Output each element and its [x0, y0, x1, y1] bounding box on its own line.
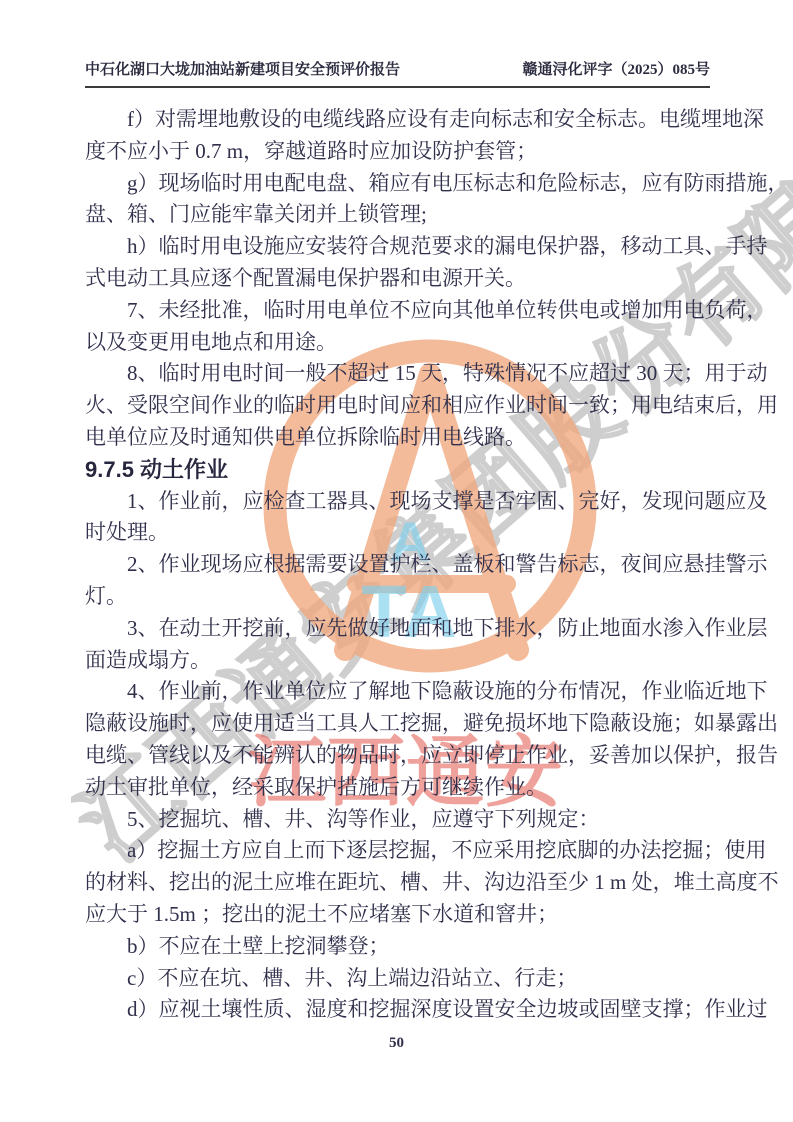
body-line: 隐蔽设施时，应使用适当工具人工挖掘，避免损坏地下隐蔽设施；如暴露出	[85, 708, 725, 740]
body-line: 动土审批单位，经采取保护措施后方可继续作业。	[85, 772, 725, 804]
document-page: 江西通安集团股份有限公司 A TA 江西通安 中石化湖口大垅加油站新建项目安全预…	[0, 0, 793, 1122]
body-line: 5、挖掘坑、槽、井、沟等作业，应遵守下列规定：	[85, 804, 725, 836]
body-line: 灯。	[85, 581, 725, 613]
body-line: 式电动工具应逐个配置漏电保护器和电源开关。	[85, 263, 725, 295]
body-line: 时处理。	[85, 517, 725, 549]
body-line: 8、临时用电时间一般不超过 15 天，特殊情况不应超过 30 天；用于动	[85, 358, 725, 390]
body-line: 火、受限空间作业的临时用电时间应和相应作业时间一致；用电结束后，用	[85, 390, 725, 422]
body-line: 2、作业现场应根据需要设置护栏、盖板和警告标志，夜间应悬挂警示	[85, 549, 725, 581]
body-line: 盘、箱、门应能牢靠关闭并上锁管理;	[85, 199, 725, 231]
document-lines: f）对需埋地敷设的电缆线路应设有走向标志和安全标志。电缆埋地深度不应小于 0.7…	[85, 104, 725, 1026]
page-number: 50	[389, 1035, 404, 1051]
header-document-number: 赣通浔化评字（2025）085号	[522, 58, 710, 79]
body-line: 度不应小于 0.7 m，穿越道路时应加设防护套管；	[85, 136, 725, 168]
body-line: 的材料、挖出的泥土应堆在距坑、槽、井、沟边沿至少 1 m 处，堆土高度不	[85, 867, 725, 899]
section-heading: 9.7.5 动土作业	[85, 454, 725, 486]
body-line: c）不应在坑、槽、井、沟上端边沿站立、行走；	[85, 963, 725, 995]
body-line: 4、作业前，作业单位应了解地下隐蔽设施的分布情况，作业临近地下	[85, 676, 725, 708]
body-line: 3、在动土开挖前，应先做好地面和地下排水，防止地面水渗入作业层	[85, 613, 725, 645]
page-footer: 50	[0, 1035, 793, 1052]
body-line: g）现场临时用电配电盘、箱应有电压标志和危险标志，应有防雨措施，	[85, 168, 725, 200]
body-line: 应大于 1.5m ；挖出的泥土不应堵塞下水道和窨井；	[85, 899, 725, 931]
page-header: 中石化湖口大垅加油站新建项目安全预评价报告 赣通浔化评字（2025）085号	[85, 58, 710, 88]
body-line: 面造成塌方。	[85, 645, 725, 677]
body-line: 电缆、管线以及不能辨认的物品时，应立即停止作业，妥善加以保护，报告	[85, 740, 725, 772]
body-line: 1、作业前，应检查工器具、现场支撑是否牢固、完好，发现问题应及	[85, 486, 725, 518]
body-line: 以及变更用电地点和用途。	[85, 327, 725, 359]
header-report-title: 中石化湖口大垅加油站新建项目安全预评价报告	[85, 58, 400, 79]
body-line: f）对需埋地敷设的电缆线路应设有走向标志和安全标志。电缆埋地深	[85, 104, 725, 136]
body-line: 电单位应及时通知供电单位拆除临时用电线路。	[85, 422, 725, 454]
body-line: d）应视土壤性质、湿度和挖掘深度设置安全边坡或固壁支撑；作业过	[85, 994, 725, 1026]
body-line: 7、未经批准，临时用电单位不应向其他单位转供电或增加用电负荷，	[85, 295, 725, 327]
body-line: a）挖掘土方应自上而下逐层挖掘，不应采用挖底脚的办法挖掘；使用	[85, 835, 725, 867]
body-line: h）临时用电设施应安装符合规范要求的漏电保护器，移动工具、手持	[85, 231, 725, 263]
body-line: b）不应在土壁上挖洞攀登；	[85, 931, 725, 963]
